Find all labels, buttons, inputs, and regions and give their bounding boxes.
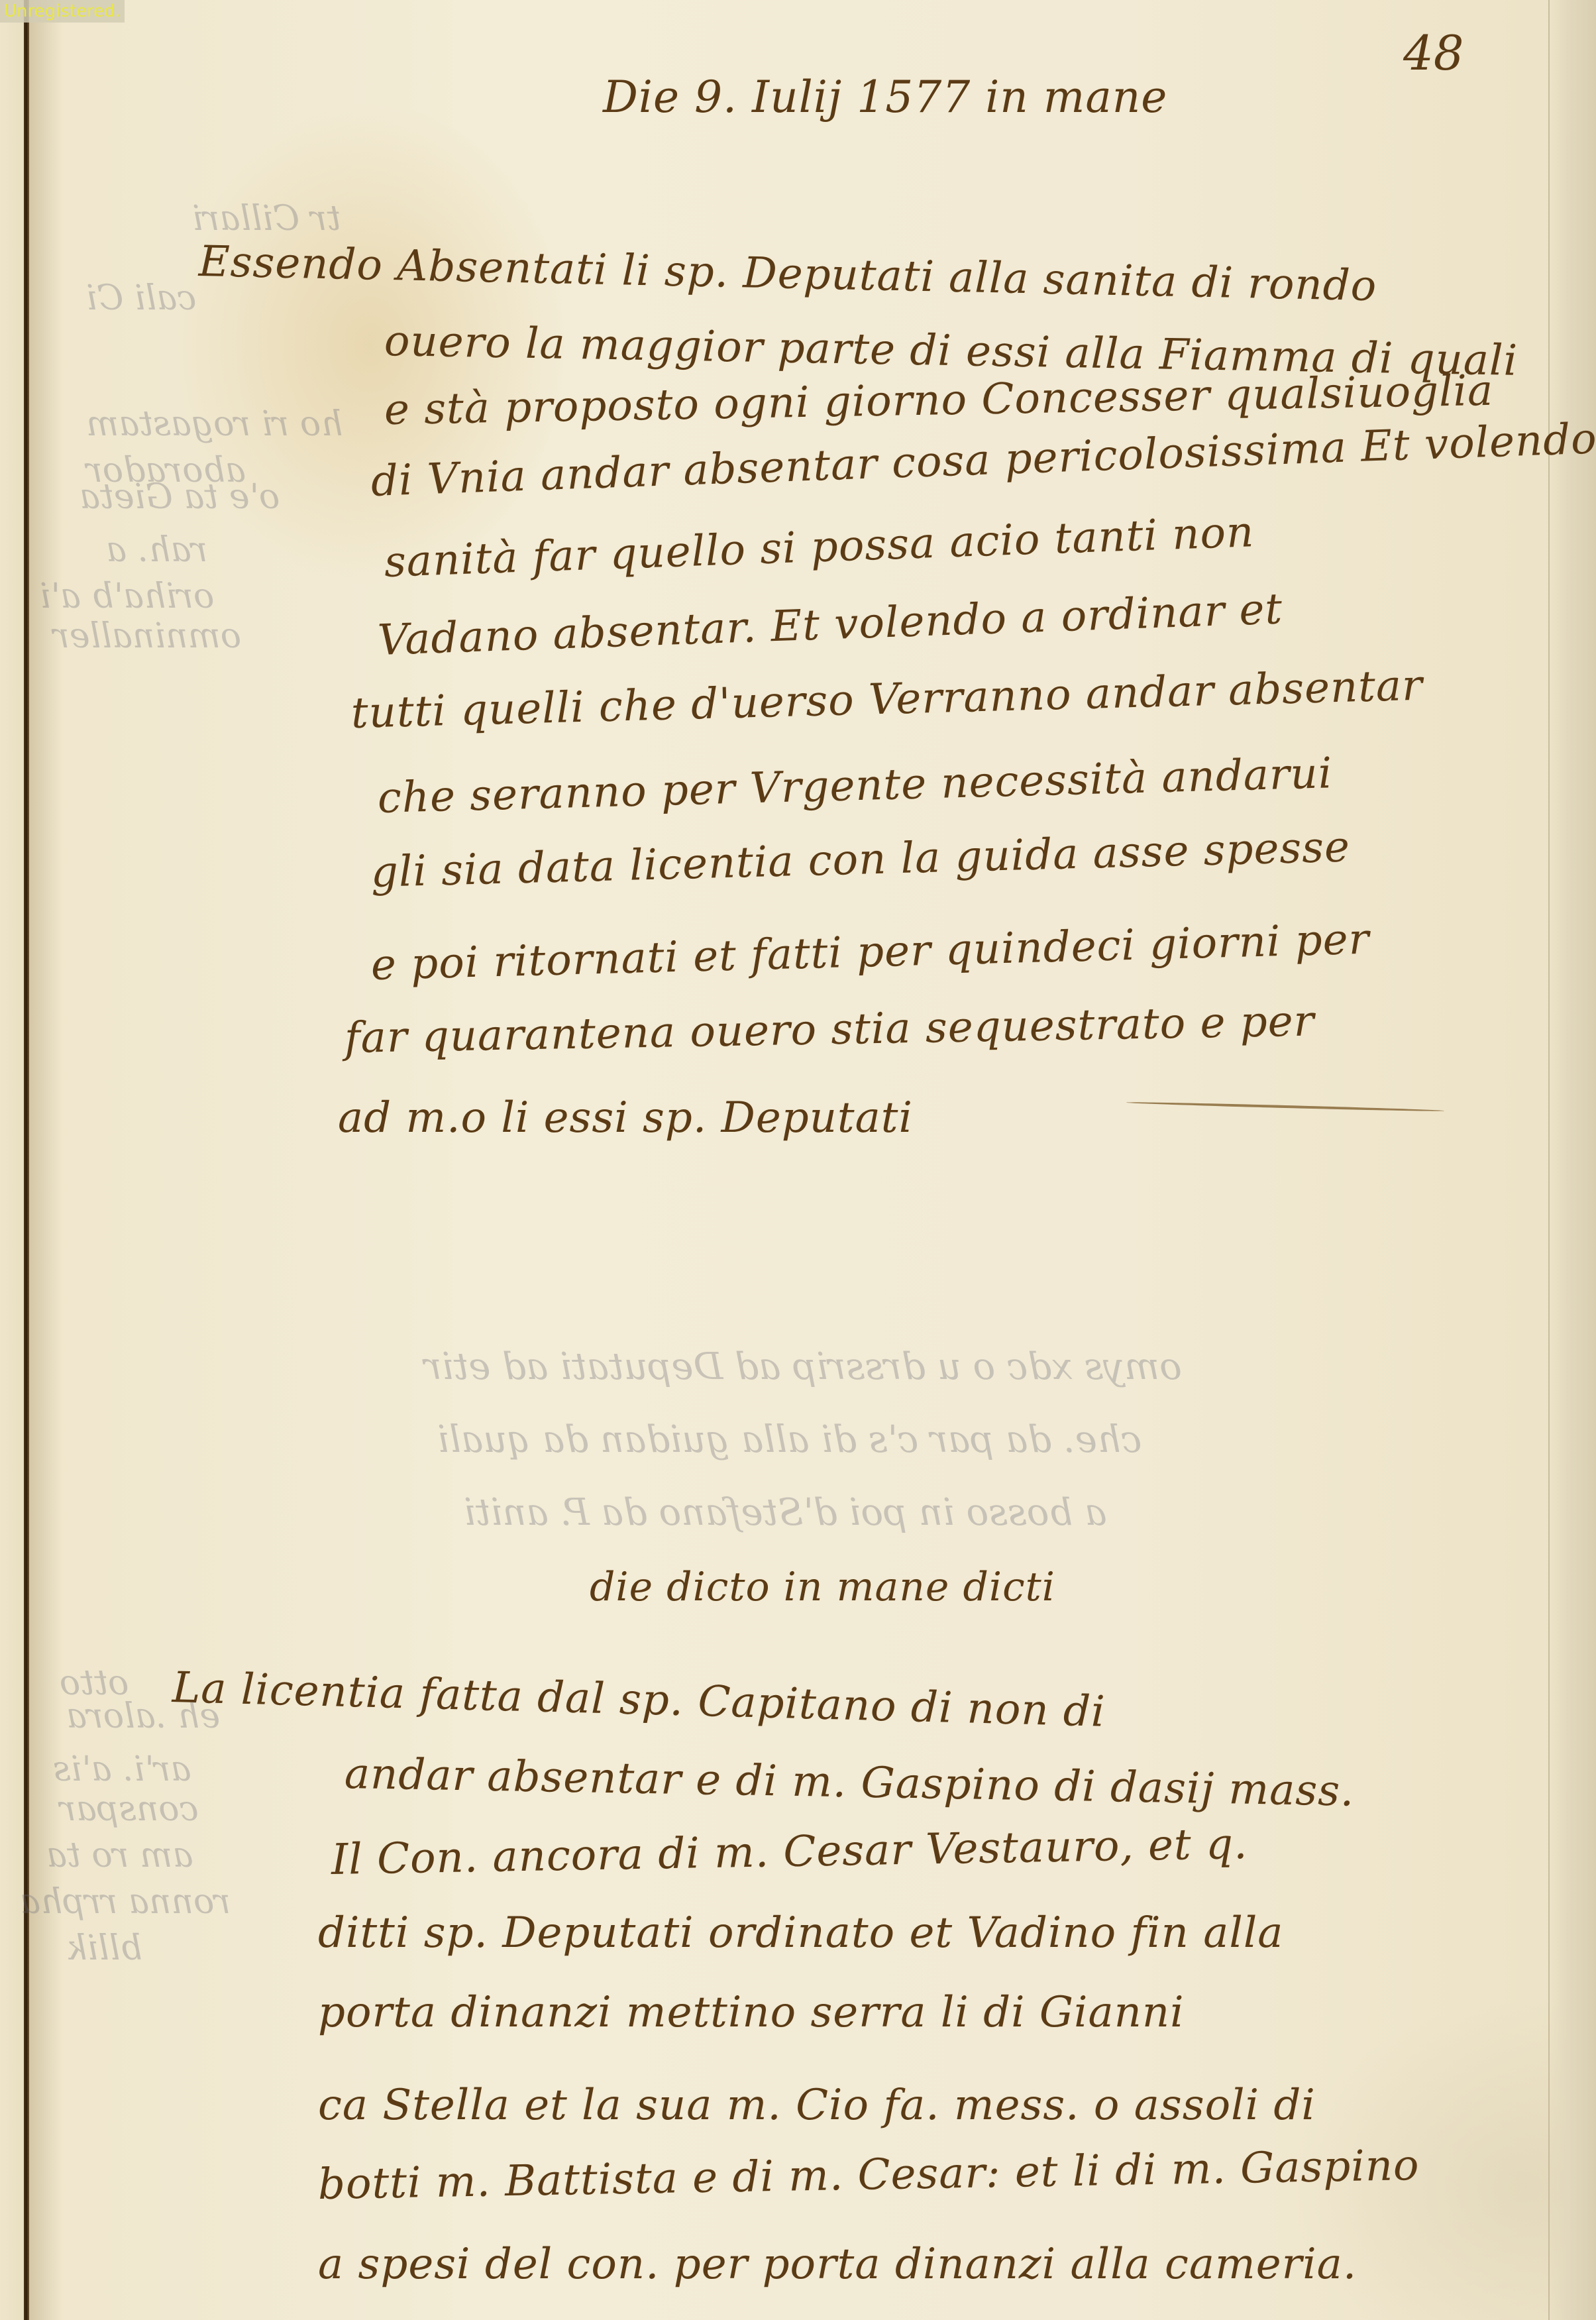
bleed-through-line: cali Ci <box>86 278 196 318</box>
entry-line: ditti sp. Deputati ordinato et Vadino fi… <box>318 1908 1283 1958</box>
entry-line: che seranno per Vrgente necessità andaru… <box>377 749 1333 823</box>
entry-line: ad m.o li essi sp. Deputati <box>338 1093 913 1142</box>
bleed-through-line: che. da par c's di alla guidan da quali <box>437 1418 1142 1461</box>
bleed-through-line: omys xdc o u drssrip ad Deputati ad etir <box>424 1345 1182 1388</box>
unregistered-watermark: Unregistered. <box>0 0 125 23</box>
page-right-edge <box>1548 0 1596 2320</box>
entry-line: gli sia data licentia con la guida asse … <box>370 822 1351 897</box>
bleed-through-line: omninaller <box>53 616 241 656</box>
entry-line: tutti quelli che d'uerso Verranno andar … <box>350 661 1423 738</box>
binding-gutter <box>24 0 29 2320</box>
entry-line: Vadano absentar. Et volendo a ordinar et <box>377 584 1284 665</box>
manuscript-page: Unregistered. ho ri rogastam tr Cillari … <box>0 0 1596 2320</box>
bleed-through-line: ho ri rogastam <box>86 404 343 444</box>
bleed-through-line: am ro ta <box>46 1836 193 1875</box>
bleed-through-line: ar'i. a'is <box>53 1749 191 1789</box>
entry-line: a spesi del con. per porta dinanzi alla … <box>318 2240 1357 2289</box>
bleed-through-line: conspar <box>60 1789 199 1829</box>
adjacent-page-edge <box>0 0 24 2320</box>
bleed-through-line: tr Cillari <box>192 199 341 239</box>
entry-line: e poi ritornati et fatti per quindeci gi… <box>370 915 1370 990</box>
entry-line: botti m. Battista e di m. Cesar: et li d… <box>317 2141 1420 2209</box>
closing-flourish <box>1126 1101 1444 1113</box>
bleed-through-line: o'e ta Gieta <box>80 477 280 517</box>
entry-heading: Die 9. Iulij 1577 in mane <box>603 72 1167 123</box>
entry-line: sanità far quello si possa acio tanti no… <box>384 508 1255 587</box>
entry-line: far quarantena ouero stia sequestrato e … <box>344 997 1314 1063</box>
bleed-through-line: rah. a <box>106 530 207 570</box>
folio-number: 48 <box>1403 25 1464 81</box>
entry-heading: die dicto in mane dicti <box>590 1564 1055 1610</box>
entry-line: Il Con. ancora di m. Cesar Vestauro, et … <box>331 1820 1248 1885</box>
bleed-through-line: bllik <box>66 1928 142 1968</box>
entry-line: La licentia fatta dal sp. Capitano di no… <box>172 1663 1106 1737</box>
gutter-shadow <box>29 0 62 2320</box>
bleed-through-line: ronna rrpha <box>20 1882 231 1922</box>
entry-line: Essendo Absentati li sp. Deputati alla s… <box>198 237 1377 311</box>
entry-line: andar absentar e di m. Gaspino di dasij … <box>344 1749 1355 1816</box>
entry-line: ca Stella et la sua m. Cio fa. mess. o a… <box>318 2081 1316 2130</box>
bleed-through-line: oriha'b a'i <box>40 577 214 616</box>
entry-line: porta dinanzi mettino serra li di Gianni <box>318 1988 1185 2037</box>
bleed-through-line: a bosso in poi d'Stefano da P. aniti <box>464 1491 1106 1534</box>
